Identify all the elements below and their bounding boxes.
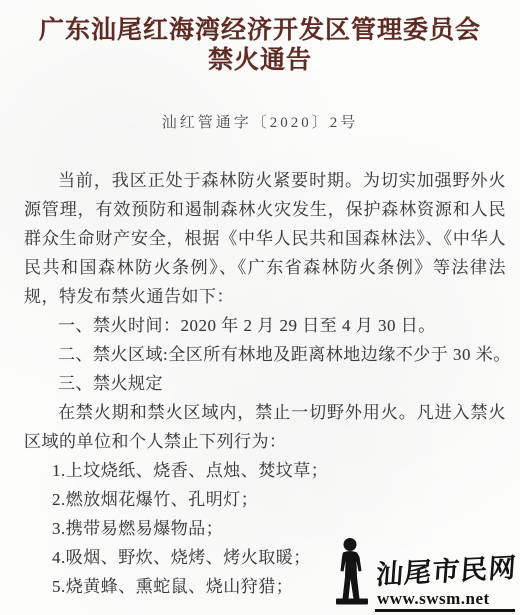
notice-document: 广东汕尾红海湾经济开发区管理委员会 禁火通告 汕红管通字〔2020〕2号 当前，… <box>0 0 520 615</box>
clause-fire-rules: 三、禁火规定 <box>24 369 506 398</box>
clause-fire-period: 一、禁火时间：2020 年 2 月 29 日至 4 月 30 日。 <box>24 311 506 340</box>
title-line-1: 广东汕尾红海湾经济开发区管理委员会 <box>39 16 481 44</box>
clause-fire-zone: 二、禁火区域:全区所有林地及距离林地边缘不少于 30 米。 <box>24 340 506 369</box>
prohibited-item-2: 2.燃放烟花爆竹、孔明灯； <box>24 485 506 514</box>
document-number: 汕红管通字〔2020〕2号 <box>0 111 520 132</box>
site-watermark: 汕尾市民网 www.swsm.net <box>333 537 515 612</box>
site-name: 汕尾市民网 <box>375 554 518 589</box>
site-url: www.swsm.net <box>375 589 515 612</box>
rule-paragraph: 在禁火期和禁火区域内，禁止一切野外用火。凡进入禁火区域的单位和个人禁止下列行为： <box>24 398 506 456</box>
watermark-text: 汕尾市民网 www.swsm.net <box>375 561 515 612</box>
person-silhouette-icon <box>333 537 373 612</box>
prohibited-item-1: 1.上坟烧纸、烧香、点烛、焚坟草； <box>24 456 506 485</box>
page-title: 广东汕尾红海湾经济开发区管理委员会 禁火通告 <box>18 15 502 75</box>
notice-body: 当前，我区正处于森林防火紧要时期。为切实加强野外火源管理，有效预防和遏制森林火灾… <box>24 166 506 601</box>
title-line-2: 禁火通告 <box>208 46 312 74</box>
intro-paragraph: 当前，我区正处于森林防火紧要时期。为切实加强野外火源管理，有效预防和遏制森林火灾… <box>24 166 506 311</box>
